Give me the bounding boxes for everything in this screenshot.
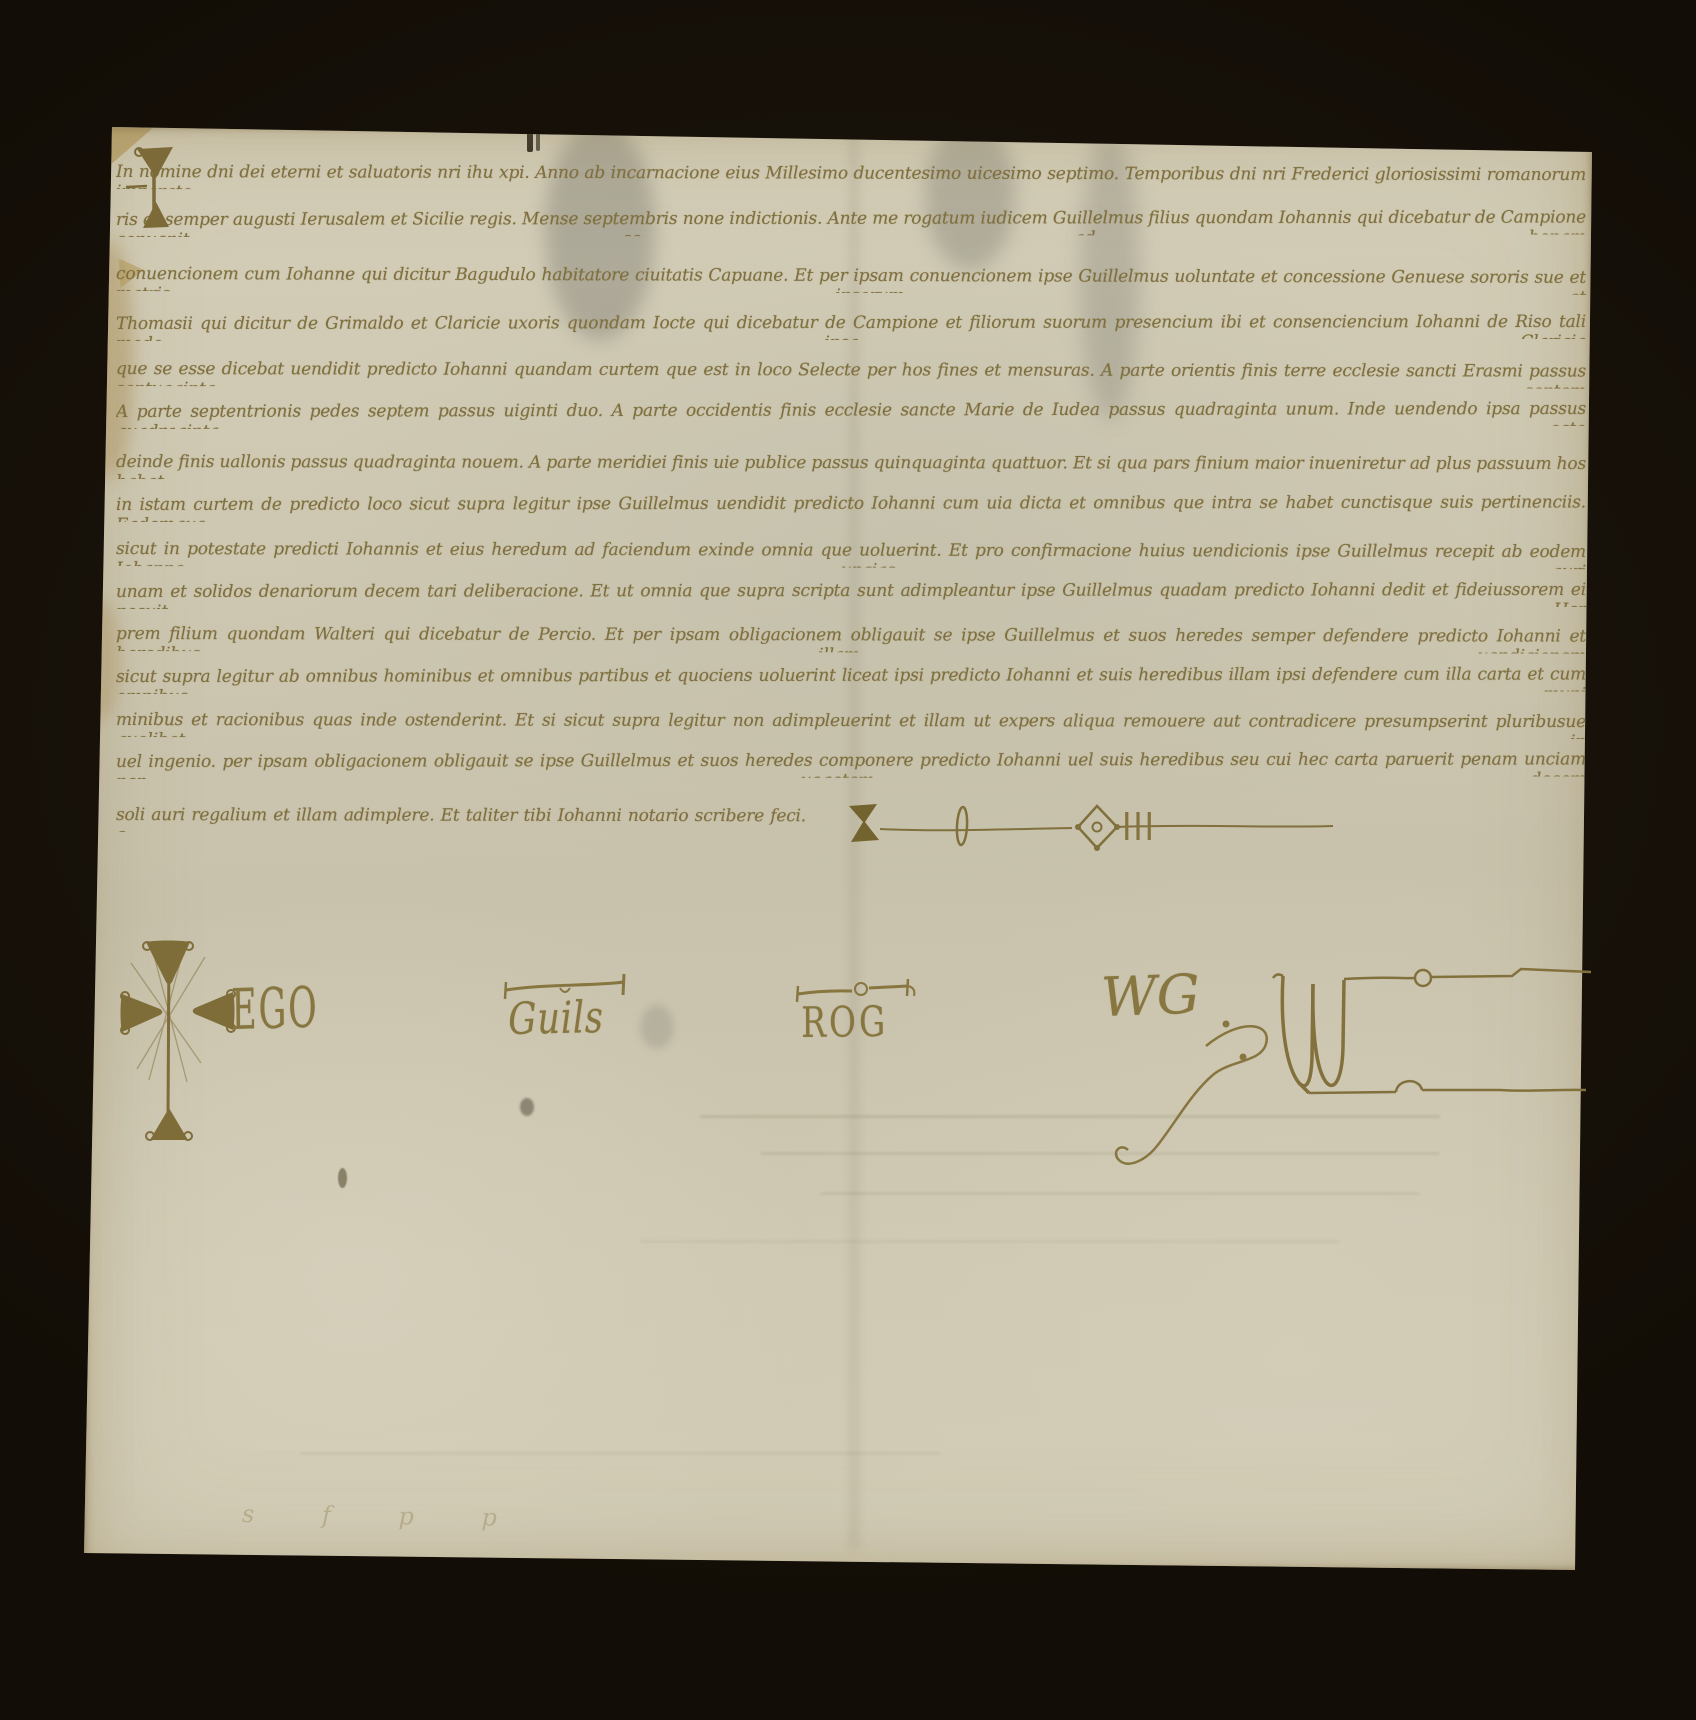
charter-line: sicut supra legitur ab omnibus hominibus… (116, 664, 1586, 694)
offset-ink-traces: s f p p (242, 1500, 527, 1532)
charter-text-block: In nomine dni dei eterni et saluatoris n… (116, 0, 1586, 860)
charter-line: minibus et racionibus quas inde ostender… (116, 710, 1586, 739)
edge-nick (1580, 1462, 1594, 1480)
charter-line: Thomasii qui dicitur de Grimaldo et Clar… (116, 312, 1586, 341)
signature-ego: EGO (231, 976, 319, 1043)
charter-line: que se esse dicebat uendidit predicto Io… (116, 359, 1586, 389)
charter-line: prem filium quondam Walteri qui dicebatu… (116, 624, 1586, 654)
charter-line: A parte septentrionis pedes septem passu… (116, 399, 1586, 429)
photograph: In nomine dni dei eterni et saluatoris n… (0, 0, 1696, 1720)
charter-line: sicut in potestate predicti Iohannis et … (116, 539, 1586, 569)
charter-line: In nomine dni dei eterni et saluatoris n… (116, 162, 1586, 192)
charter-line: in istam curtem de predicto loco sicut s… (116, 492, 1586, 522)
charter-line: deinde finis uallonis passus quadraginta… (116, 452, 1586, 481)
charter-line: uel ingenio. per ipsam obligacionem obli… (116, 749, 1586, 779)
signature-guils: Guils (508, 992, 604, 1045)
charter-line: soli auri regalium et illam adimplere. E… (116, 805, 806, 833)
charter-line: ris et semper augusti Ierusalem et Sicil… (116, 207, 1586, 237)
charter-line: unam et solidos denariorum decem tari de… (116, 580, 1586, 609)
signature-wg: WG (1100, 963, 1201, 1029)
tally-marks: III (1122, 808, 1156, 846)
signature-rog: ROG (801, 997, 888, 1047)
charter-line: conuencionem cum Iohanne qui dicitur Bag… (116, 264, 1586, 295)
